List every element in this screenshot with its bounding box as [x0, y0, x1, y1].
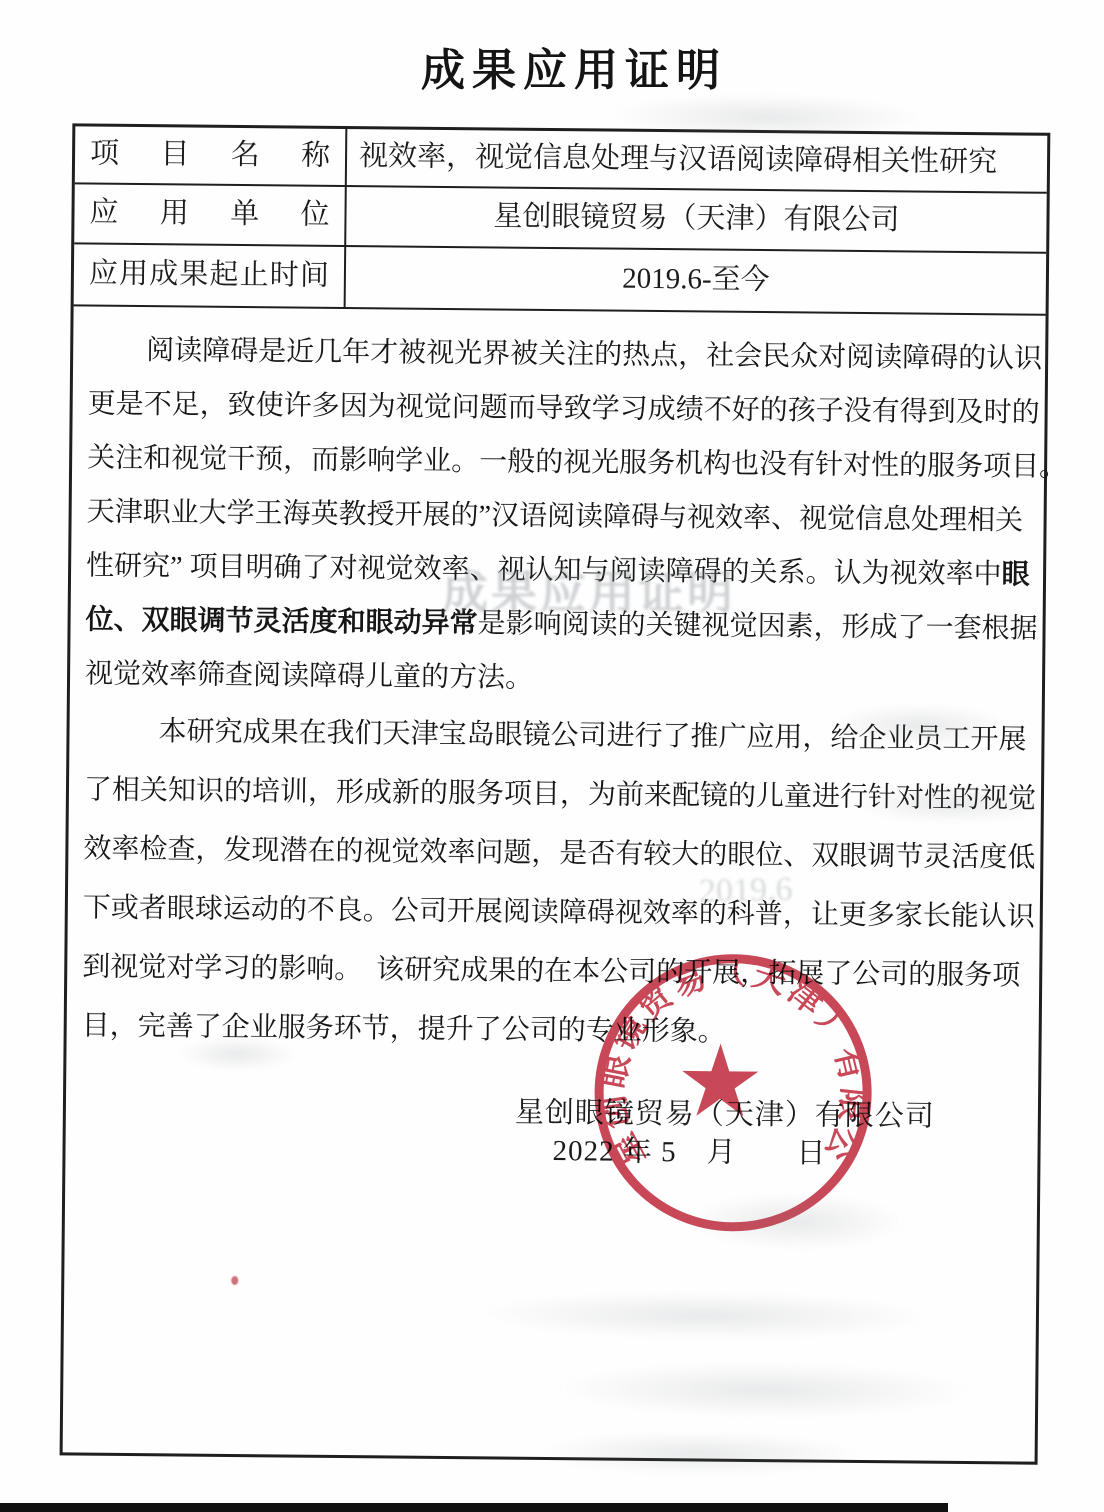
- svg-text:星创眼镜贸易（天津）有限公司: 星创眼镜贸易（天津）有限公司: [593, 953, 873, 1176]
- body-text-bold-segment: 眼: [1001, 559, 1029, 590]
- sheet: 项目名称 视效率，视觉信息处理与汉语阅读障碍相关性研究 应用单位 星创眼镜贸易（…: [0, 0, 1104, 1512]
- body-line: 到视觉对学习的影响。 该研究成果的在本公司的开展，拓展了公司的服务项: [82, 938, 1028, 1006]
- body-text-segment: 视觉效率筛查阅读障碍儿童的方法。: [85, 659, 533, 694]
- seal-star-icon: [682, 1043, 759, 1116]
- body-text: 阅读障碍是近几年才被视光界被关注的热点，社会民众对阅读障碍的认识更是不足，致使许…: [63, 306, 1046, 1461]
- row-label-project-name: 项目名称: [75, 126, 348, 185]
- row-label-application-period: 应用成果起止时间: [74, 244, 347, 307]
- row-value-application-period: 2019.6-至今: [346, 247, 1047, 314]
- body-line: 关注和视觉干预，而影响学业。一般的视光服务机构也没有针对性的服务项目。: [87, 432, 1032, 495]
- body-text-segment: 下或者眼球运动的不良。公司开展阅读障碍视效率的科普，让更多家长能认识: [83, 893, 1035, 933]
- body-text-segment: 更是不足，致使许多因为视觉问题而导致学习成绩不好的孩子没有得到及时的: [88, 389, 1040, 429]
- body-text-bold-segment: 位、双眼调节灵活度和眼动异常: [85, 605, 477, 640]
- body-text-segment: 天津职业大学王海英教授开展的”汉语阅读障碍与视效率、视觉信息处理相关: [86, 497, 1023, 537]
- body-line: 更是不足，致使许多因为视觉问题而导致学习成绩不好的孩子没有得到及时的: [87, 378, 1032, 441]
- table-row: 项目名称 视效率，视觉信息处理与汉语阅读障碍相关性研究: [75, 126, 1048, 193]
- body-line: 效率检查，发现潜在的视觉效率问题，是否有较大的眼位、双眼调节灵活度低: [83, 820, 1029, 888]
- bleed-through-title: 成果应用证明: [442, 556, 736, 622]
- row-label-applying-unit: 应用单位: [74, 184, 347, 245]
- seal-company-name: 星创眼镜贸易（天津）有限公司: [593, 953, 873, 1176]
- body-line: 视觉效率筛查阅读障碍儿童的方法。: [85, 648, 1030, 711]
- document-scan: 成果应用证明 项目名称 视效率，视觉信息处理与汉语阅读障碍相关性研究 应用单位 …: [0, 0, 1104, 1512]
- body-line: 下或者眼球运动的不良。公司开展阅读障碍视效率的科普，让更多家长能认识: [83, 879, 1029, 947]
- body-text-segment: 阅读障碍是近几年才被视光界被关注的热点，社会民众对阅读障碍的认识: [146, 335, 1042, 375]
- bleed-through-date: 2019.6: [699, 871, 793, 911]
- table-row: 应用单位 星创眼镜贸易（天津）有限公司: [74, 184, 1047, 253]
- table-row: 应用成果起止时间 2019.6-至今: [74, 244, 1047, 315]
- body-line: 阅读障碍是近几年才被视光界被关注的热点，社会民众对阅读障碍的认识: [88, 324, 1033, 387]
- row-value-project-name: 视效率，视觉信息处理与汉语阅读障碍相关性研究: [347, 129, 1048, 192]
- scanner-edge-strip: [0, 1503, 948, 1512]
- body-text-segment: 关注和视觉干预，而影响学业。一般的视光服务机构也没有针对性的服务项目。: [87, 443, 1067, 483]
- row-value-applying-unit: 星创眼镜贸易（天津）有限公司: [346, 187, 1047, 252]
- red-ink-speck: [231, 1276, 238, 1285]
- body-text-segment: 效率检查，发现潜在的视觉效率问题，是否有较大的眼位、双眼调节灵活度低: [83, 834, 1035, 874]
- body-line: 天津职业大学王海英教授开展的”汉语阅读障碍与视效率、视觉信息处理相关: [86, 486, 1031, 549]
